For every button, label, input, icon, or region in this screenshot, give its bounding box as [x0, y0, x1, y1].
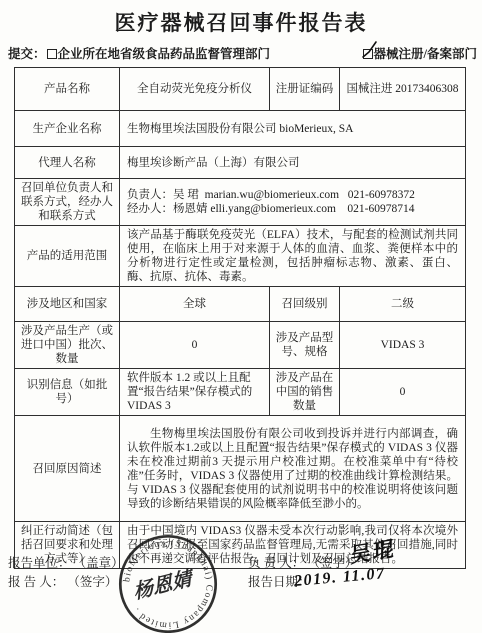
china-sales-label: 涉及产品在中国的销售数量 [270, 369, 340, 415]
table-row-batches: 涉及产品生产（或进口中国）批次、数量 0 涉及产品型号、规格 VIDAS 3 [15, 322, 465, 369]
regions-value: 全球 [120, 287, 270, 321]
recall-report-table: 产品名称 全自动荧光免疫分析仪 注册证编码 国械注进 20173406308 生… [14, 67, 466, 569]
scope-text: 该产品基于酶联免疫荧光（ELFA）技术，与配套的检测试剂共同使用，在临床上用于对… [127, 228, 458, 284]
signature-footer: 报告单位： （盖章） 报 告 人： （签字） 负 责 人： （签字） 报告日期：… [0, 552, 482, 633]
checkbox-registration-checked[interactable] [363, 49, 373, 59]
contacts-label: 召回单位负责人和联系方式，经办人和联系方式 [15, 179, 120, 225]
submit-line: 提交：企业所在地省级食品药品监督管理部门 器械注册/备案部门 [8, 44, 477, 62]
submit-option-registration-label: 器械注册/备案部门 [374, 47, 477, 61]
scope-label: 产品的适用范围 [15, 226, 120, 286]
reporter-line: 报 告 人： （签字） [8, 573, 124, 592]
model-label: 涉及产品型号、规格 [270, 322, 340, 368]
reporter-note: （签字） [67, 575, 117, 589]
table-row-contacts: 召回单位负责人和联系方式，经办人和联系方式 负责人：吴 珺 marian.wu@… [15, 179, 465, 226]
submit-label: 提交： [8, 47, 46, 61]
contact-handler-line: 经办人：杨恩婧 elli.yang@biomerieux.com 021-609… [127, 202, 415, 216]
checkbox-province-unchecked[interactable] [47, 49, 57, 59]
responsible-handwritten-signature: 吴琨 [350, 532, 396, 570]
batches-value: 0 [120, 322, 270, 368]
regions-label: 涉及地区和国家 [15, 287, 120, 321]
table-row-product: 产品名称 全自动荧光免疫分析仪 注册证编码 国械注进 20173406308 [15, 68, 465, 111]
company-seal-stamp: bioMerieux (Shanghai) Company Limited . … [114, 530, 222, 633]
agent-label: 代理人名称 [15, 147, 120, 178]
china-sales-value: 0 [340, 369, 465, 415]
responsible-label: 负 责 人： [248, 556, 304, 570]
table-row-manufacturer: 生产企业名称 生物梅里埃法国股份有限公司 bioMerieux, SA [15, 111, 465, 147]
model-value: VIDAS 3 [340, 322, 465, 368]
table-row-reason: 召回原因简述 生物梅里埃法国股份有限公司收到投诉并进行内部调查，确认软件版本1.… [15, 416, 465, 522]
identification-label: 识别信息（如批号） [15, 369, 120, 415]
manufacturer-label: 生产企业名称 [15, 111, 120, 146]
product-name-label: 产品名称 [15, 68, 120, 110]
registration-no-label: 注册证编码 [270, 68, 340, 110]
recall-level-value: 二级 [340, 287, 465, 321]
manufacturer-value: 生物梅里埃法国股份有限公司 bioMerieux, SA [120, 111, 465, 146]
scope-value: 该产品基于酶联免疫荧光（ELFA）技术，与配套的检测试剂共同使用，在临床上用于对… [120, 226, 465, 286]
signature-left-block: 报告单位： （盖章） 报 告 人： （签字） [8, 554, 124, 592]
recall-level-label: 召回级别 [270, 287, 340, 321]
submit-option-registration: 器械注册/备案部门 [362, 44, 477, 62]
product-name-value: 全自动荧光免疫分析仪 [120, 68, 270, 110]
reason-text: 生物梅里埃法国股份有限公司收到投诉并进行内部调查，确认软件版本1.2或以上且配置… [127, 427, 458, 511]
handwritten-check-icon [361, 41, 379, 61]
page-title: 医疗器械召回事件报告表 [0, 0, 482, 37]
reason-label: 召回原因简述 [15, 416, 120, 521]
reporter-label: 报 告 人： [8, 575, 64, 589]
submit-option-province-label: 企业所在地省级食品药品监督管理部门 [58, 47, 271, 61]
table-row-agent: 代理人名称 梅里埃诊断产品（上海）有限公司 [15, 147, 465, 179]
table-row-regions: 涉及地区和国家 全球 召回级别 二级 [15, 287, 465, 322]
identification-value: 软件版本 1.2 或以上且配置“报告结果”保存模式的 VIDAS 3 [120, 369, 270, 415]
report-unit-label: 报告单位： [8, 556, 71, 570]
registration-no-value: 国械注进 20173406308 [340, 68, 465, 110]
report-unit-line: 报告单位： （盖章） [8, 554, 124, 573]
contact-responsible-line: 负责人：吴 珺 marian.wu@biomerieux.com 021-609… [127, 188, 415, 202]
batches-label: 涉及产品生产（或进口中国）批次、数量 [15, 322, 120, 368]
agent-value: 梅里埃诊断产品（上海）有限公司 [120, 147, 465, 178]
table-row-scope: 产品的适用范围 该产品基于酶联免疫荧光（ELFA）技术，与配套的检测试剂共同使用… [15, 226, 465, 287]
table-row-identification: 识别信息（如批号） 软件版本 1.2 或以上且配置“报告结果”保存模式的 VID… [15, 369, 465, 416]
reporter-handwritten-signature: 杨恩婧 [132, 566, 196, 604]
contacts-value: 负责人：吴 珺 marian.wu@biomerieux.com 021-609… [120, 179, 465, 225]
submit-option-province: 提交：企业所在地省级食品药品监督管理部门 [8, 44, 270, 62]
reason-value: 生物梅里埃法国股份有限公司收到投诉并进行内部调查，确认软件版本1.2或以上且配置… [120, 416, 465, 521]
recall-report-document: 医疗器械召回事件报告表 提交：企业所在地省级食品药品监督管理部门 器械注册/备案… [0, 0, 482, 633]
